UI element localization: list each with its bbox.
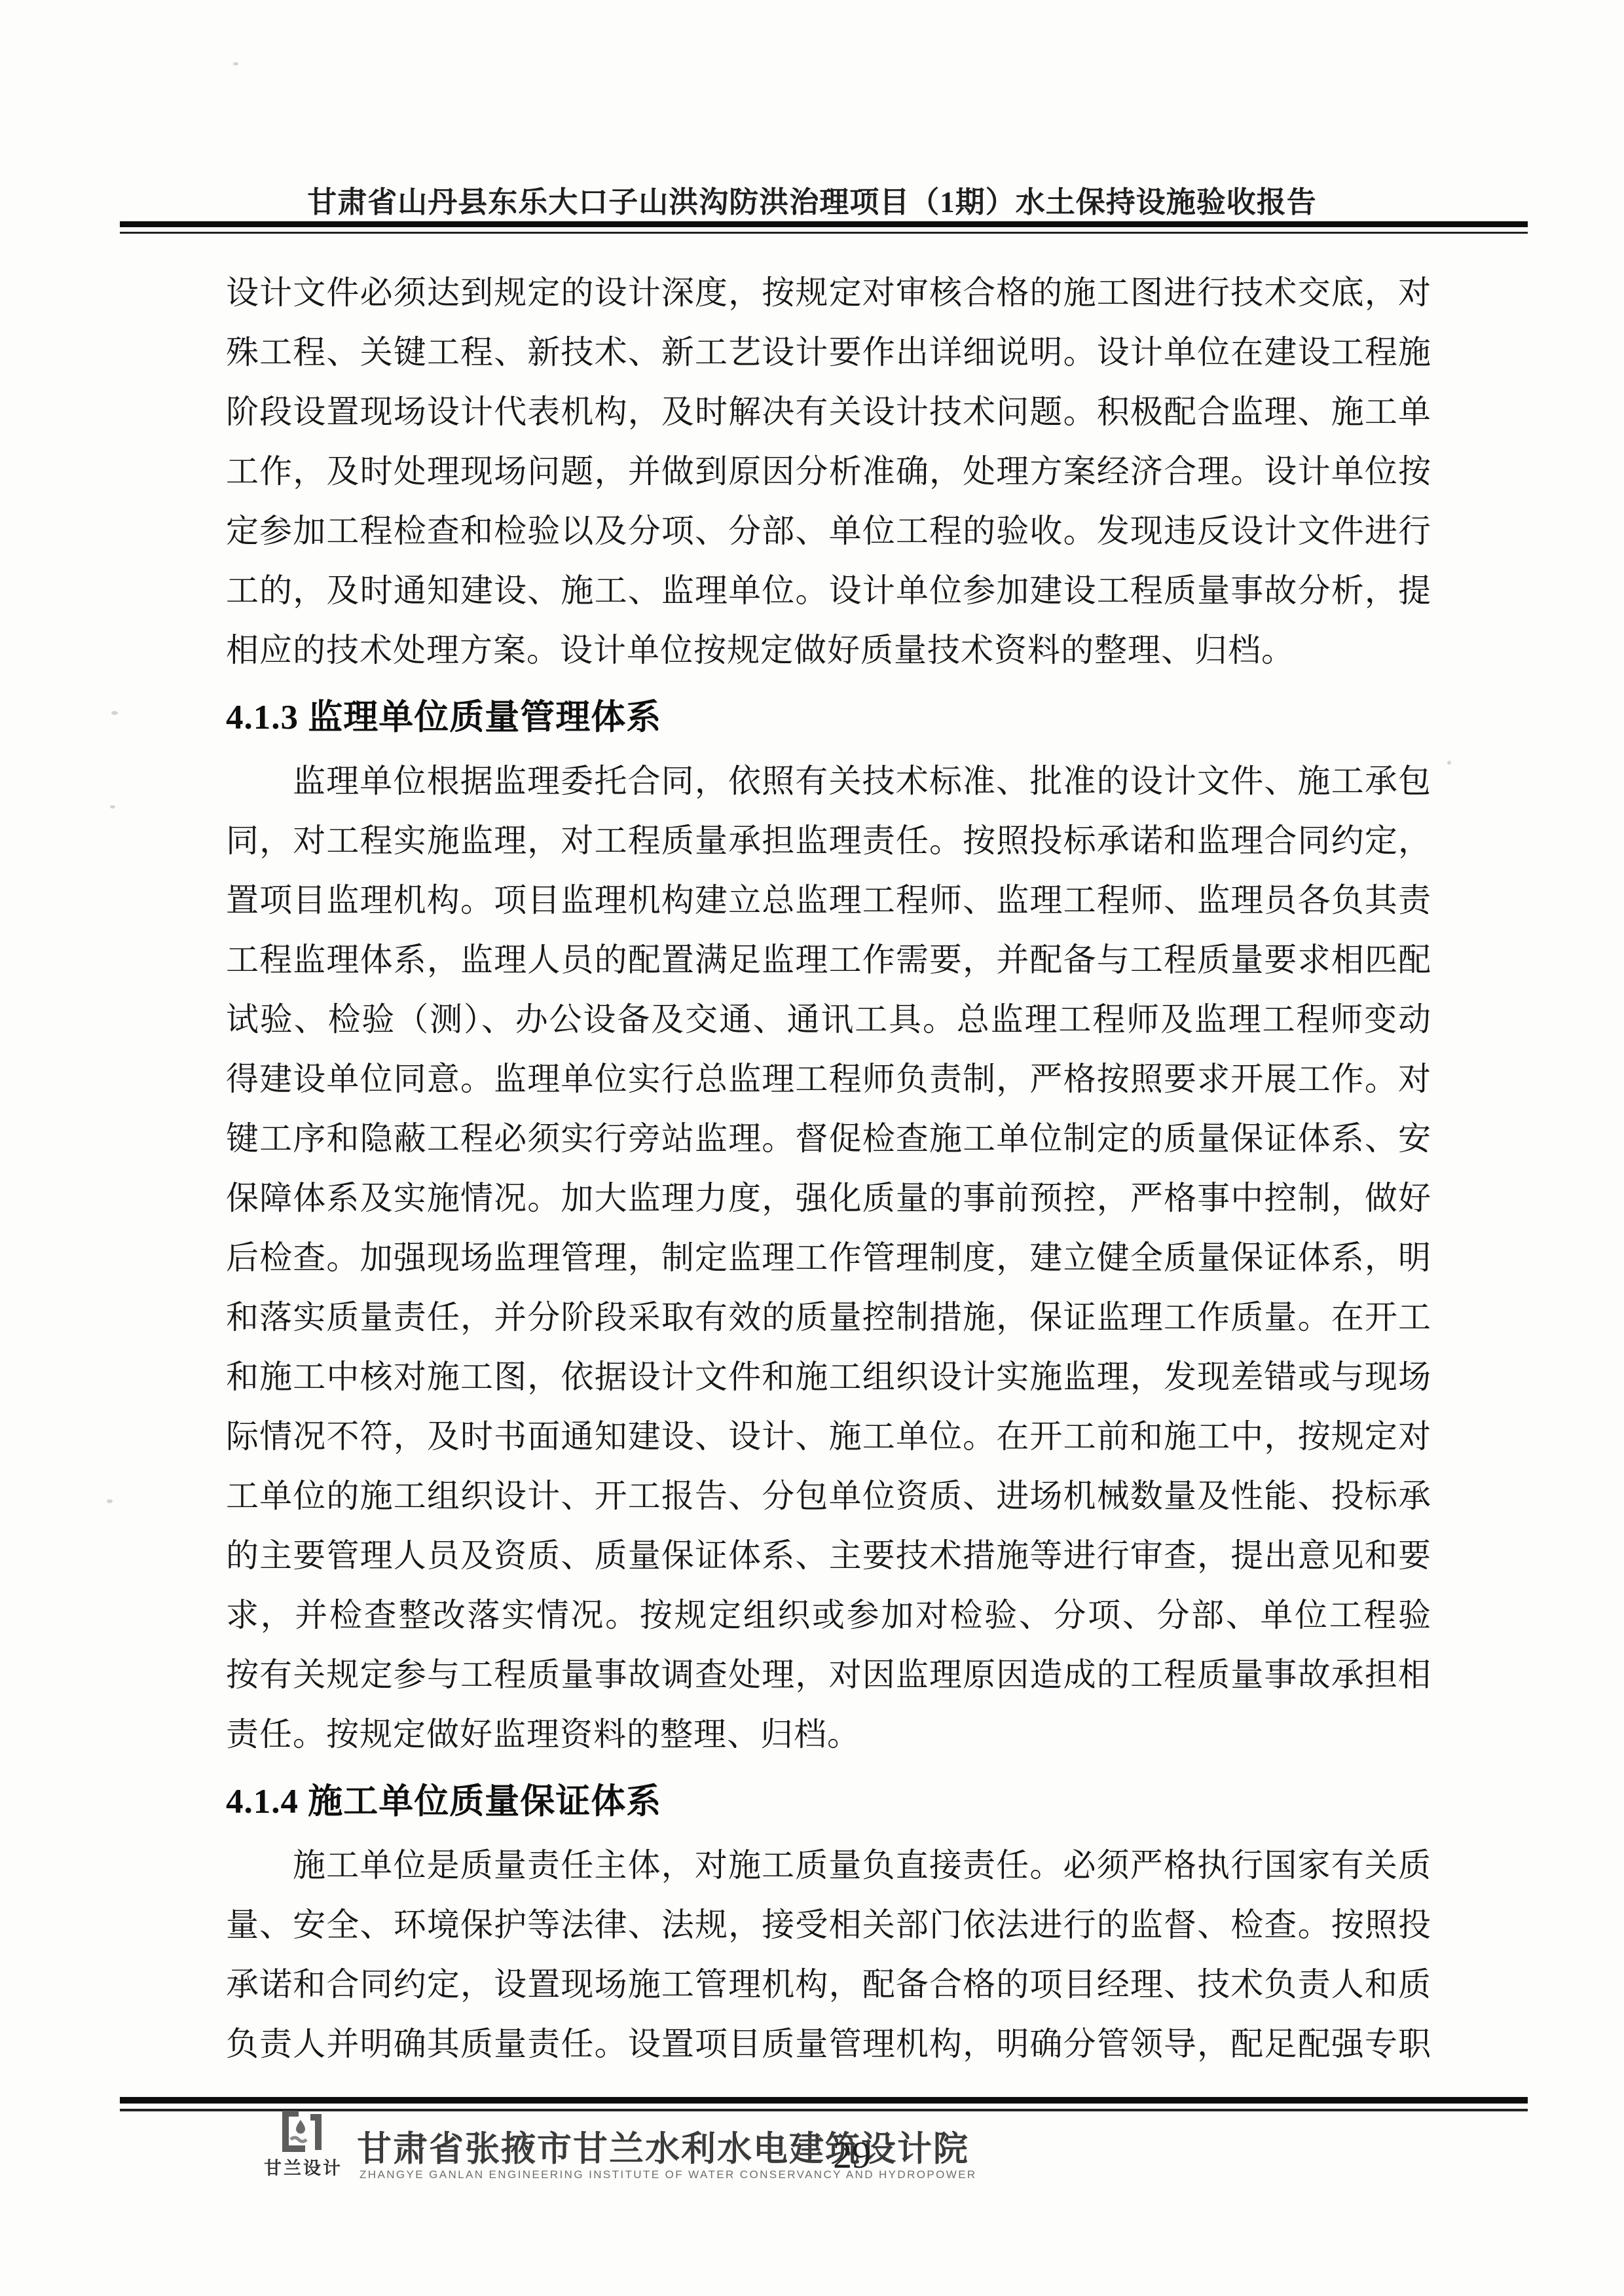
text-line: 工程监理体系，监理人员的配置满足监理工作需要，并配备与工程质量要求相匹配的 [226,930,1431,990]
text-line: 按有关规定参与工程质量事故调查处理，对因监理原因造成的工程质量事故承担相应 [226,1645,1431,1705]
text-line: 定参加工程检查和检验以及分项、分部、单位工程的验收。发现违反设计文件进行施 [226,501,1431,561]
text-line: 工作，及时处理现场问题，并做到原因分析准确，处理方案经济合理。设计单位按规 [226,442,1431,501]
text-line: 殊工程、关键工程、新技术、新工艺设计要作出详细说明。设计单位在建设工程施工 [226,323,1431,382]
section-heading: 4.1.4 施工单位质量保证体系 [226,1764,1431,1832]
company-logo-icon [279,2111,325,2153]
text-line: 得建设单位同意。监理单位实行总监理工程师负责制，严格按照要求开展工作。对关 [226,1049,1431,1109]
scan-artifact [107,1499,113,1503]
text-line: 键工序和隐蔽工程必须实行旁站监理。督促检查施工单位制定的质量保证体系、安全 [226,1109,1431,1169]
text-line: 和落实质量责任，并分阶段采取有效的质量控制措施，保证监理工作质量。在开工前 [226,1288,1431,1347]
text-line: 际情况不符，及时书面通知建设、设计、施工单位。在开工前和施工中，按规定对施 [226,1407,1431,1467]
footer-company-name: 甘肃省张掖市甘兰水利水电建筑设计院 [357,2121,969,2171]
text-line: 施工单位是质量责任主体，对施工质量负直接责任。必须严格执行国家有关质 [226,1836,1431,1895]
text-line: 和施工中核对施工图，依据设计文件和施工组织设计实施监理，发现差错或与现场实 [226,1347,1431,1407]
text-line: 试验、检验（测）、办公设备及交通、通讯工具。总监理工程师及监理工程师变动征 [226,990,1431,1049]
text-line: 工的，及时通知建设、施工、监理单位。设计单位参加建设工程质量事故分析，提出 [226,561,1431,621]
text-line: 工单位的施工组织设计、开工报告、分包单位资质、进场机械数量及性能、投标承诺 [226,1467,1431,1526]
header-title: 甘肃省山丹县东乐大口子山洪沟防洪治理项目（1期）水土保持设施验收报告 [0,178,1624,221]
scan-artifact [1447,761,1451,765]
footer-rule [120,2097,1528,2111]
header-rule-thin [120,232,1528,234]
company-logo-caption: 甘兰设计 [254,2154,352,2179]
text-line: 责任。按规定做好监理资料的整理、归档。 [226,1705,1431,1764]
page-number: 29 [833,2133,871,2177]
document-page: 甘肃省山丹县东乐大口子山洪沟防洪治理项目（1期）水土保持设施验收报告 设计文件必… [0,0,1624,2296]
text-line: 的主要管理人员及资质、质量保证体系、主要技术措施等进行审查，提出意见和要 [226,1526,1431,1586]
text-line: 负责人并明确其质量责任。设置项目质量管理机构，明确分管领导，配足配强专职工 [226,2014,1431,2074]
text-line: 相应的技术处理方案。设计单位按规定做好质量技术资料的整理、归档。 [226,621,1431,680]
text-line: 量、安全、环境保护等法律、法规，接受相关部门依法进行的监督、检查。按照投标 [226,1895,1431,1955]
text-line: 同，对工程实施监理，对工程质量承担监理责任。按照投标承诺和监理合同约定，设 [226,811,1431,871]
footer-rule-thin [120,2109,1528,2111]
document-body: 设计文件必须达到规定的设计深度，按规定对审核合格的施工图进行技术交底，对特殊工程… [226,263,1431,2074]
text-line: 阶段设置现场设计代表机构，及时解决有关设计技术问题。积极配合监理、施工单位 [226,382,1431,442]
text-line: 后检查。加强现场监理管理，制定监理工作管理制度，建立健全质量保证体系，明确 [226,1228,1431,1288]
scan-artifact [111,711,118,715]
section-heading: 4.1.3 监理单位质量管理体系 [226,680,1431,748]
text-line: 求，并检查整改落实情况。按规定组织或参加对检验、分项、分部、单位工程验收。 [226,1586,1431,1645]
scan-artifact [233,62,238,65]
text-line: 设计文件必须达到规定的设计深度，按规定对审核合格的施工图进行技术交底，对特 [226,263,1431,323]
text-line: 置项目监理机构。项目监理机构建立总监理工程师、监理工程师、监理员各负其责的 [226,871,1431,930]
text-line: 保障体系及实施情况。加大监理力度，强化质量的事前预控，严格事中控制，做好事 [226,1169,1431,1228]
scan-artifact [110,805,115,809]
header-rule [120,221,1528,234]
text-line: 承诺和合同约定，设置现场施工管理机构，配备合格的项目经理、技术负责人和质量 [226,1955,1431,2014]
footer-company-name-en: ZHANGYE GANLAN ENGINEERING INSTITUTE OF … [360,2168,977,2181]
header-rule-thick [120,221,1528,227]
footer-rule-thick [120,2097,1528,2104]
text-line: 监理单位根据监理委托合同，依照有关技术标准、批准的设计文件、施工承包合 [226,752,1431,811]
